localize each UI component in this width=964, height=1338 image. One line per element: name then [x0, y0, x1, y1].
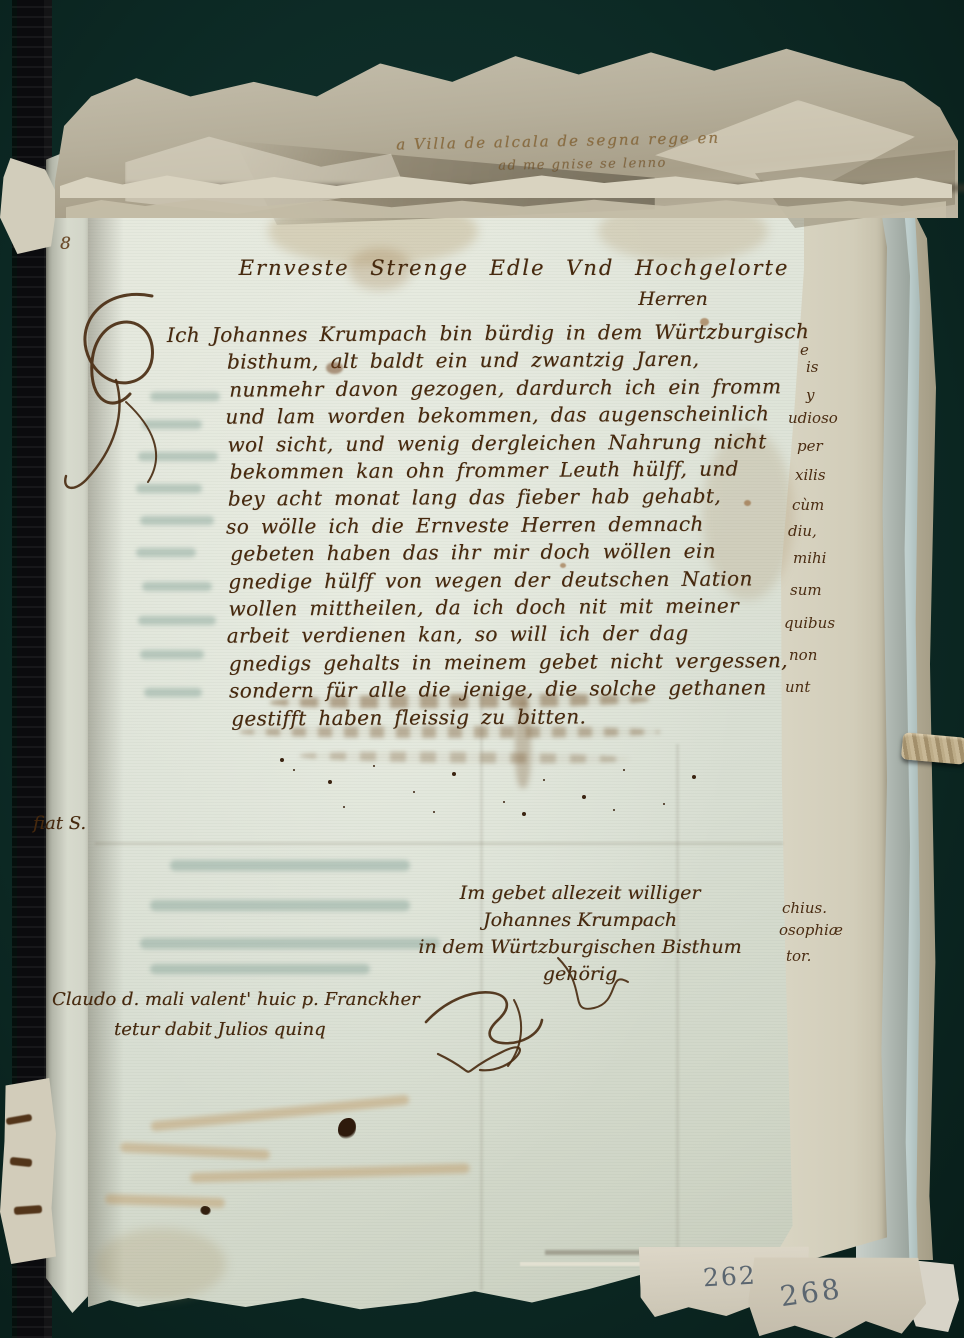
bleedthrough-line	[150, 964, 370, 974]
body-line: so wölle ich die Ernveste Herren demnach	[166, 510, 808, 541]
body-line: wollen mittheilen, da ich doch nit mit m…	[168, 592, 810, 623]
signature-flourish	[418, 982, 548, 1074]
underlay-fragment: diu,	[788, 522, 817, 540]
bleedthrough-line	[170, 860, 410, 871]
body-line: gestifft haben fleissig zu bitten.	[171, 702, 813, 733]
underlay-fragment: udioso	[788, 409, 838, 427]
torn-paper-fragment-bottom-left	[0, 1078, 56, 1264]
underlay-fragment: non	[789, 646, 817, 664]
closing-line: Johannes Krumpach	[388, 907, 772, 934]
body-line: arbeit verdienen kan, so will ich der da…	[167, 620, 809, 651]
body-line: bekommen kan ohn frommer Leuth hülff, un…	[170, 455, 812, 486]
underlay-fragment: y	[806, 386, 814, 404]
initial-flourish	[56, 284, 184, 496]
postscript-line: Claudo d. mali valent' huic p. Franckher	[52, 985, 420, 1015]
underlay-fragment: cùm	[792, 496, 824, 514]
underlay-fragment: quibus	[784, 614, 835, 632]
underlay-fragment: mihi	[793, 549, 826, 567]
closing-flourish	[548, 948, 638, 1018]
body-line: gnedigs gehalts in meinem gebet nicht ve…	[169, 647, 811, 678]
closing-line: Im gebet allezeit williger	[388, 880, 772, 907]
manuscript-photo: 8 Ernveste Strenge Edle Vnd Hochgelorte …	[0, 0, 964, 1338]
body-line: bey acht monat lang das fieber hab gehab…	[168, 482, 810, 513]
underlay-fragment: sum	[790, 581, 822, 599]
ink-blot	[200, 1206, 211, 1215]
underlay-fragment: xilis	[795, 466, 826, 484]
body-line: sondern für alle die jenige, die solche …	[169, 674, 811, 705]
postscript-block: Claudo d. mali valent' huic p. Franckher…	[52, 985, 420, 1045]
heading-line-1: Ernveste Strenge Edle Vnd Hochgelorte	[238, 256, 790, 280]
ink-speck-field	[280, 758, 284, 762]
underlay-fragment-lower: tor.	[786, 947, 811, 965]
underlay-fragment: unt	[785, 678, 810, 696]
folio-number: 8	[60, 234, 71, 254]
fold-crease-vertical	[676, 744, 679, 1284]
heading-line-2: Herren	[598, 288, 748, 310]
underlay-fragment: is	[806, 358, 819, 376]
underlay-fragment-lower: osophiæ	[779, 921, 843, 939]
tie-cord	[901, 732, 964, 764]
archive-number-262: 262	[702, 1261, 757, 1293]
bleedthrough-line	[150, 900, 410, 911]
fold-crease-horizontal	[95, 842, 783, 845]
body-line: nunmehr davon gezogen, dardurch ich ein …	[169, 373, 811, 404]
body-line: gnedige hülff von wegen der deutschen Na…	[168, 565, 810, 596]
paper-stain	[96, 1228, 226, 1300]
underlay-fragment-lower: chius.	[782, 899, 827, 917]
postscript-line: tetur dabit Julios quinq	[52, 1015, 420, 1045]
body-line: bisthum, alt baldt ein und zwantzig Jare…	[167, 345, 809, 376]
margin-note: fiat S.	[33, 813, 86, 834]
body-line: wol sicht, und wenig dergleichen Nahrung…	[167, 428, 809, 459]
letter-body: Ich Johannes Krumpach bin bürdig in dem …	[167, 318, 812, 733]
body-line: gebeten haben das ihr mir doch wöllen ei…	[170, 537, 812, 568]
ink-blot	[326, 362, 343, 374]
body-line: und lam worden bekommen, das augenschein…	[165, 400, 807, 431]
faded-inscription-line-2: ad me gnise se lenno	[498, 156, 667, 174]
underlay-fragment: e	[800, 341, 809, 359]
body-line: Ich Johannes Krumpach bin bürdig in dem …	[167, 318, 809, 349]
underlay-fragment: per	[797, 437, 823, 455]
